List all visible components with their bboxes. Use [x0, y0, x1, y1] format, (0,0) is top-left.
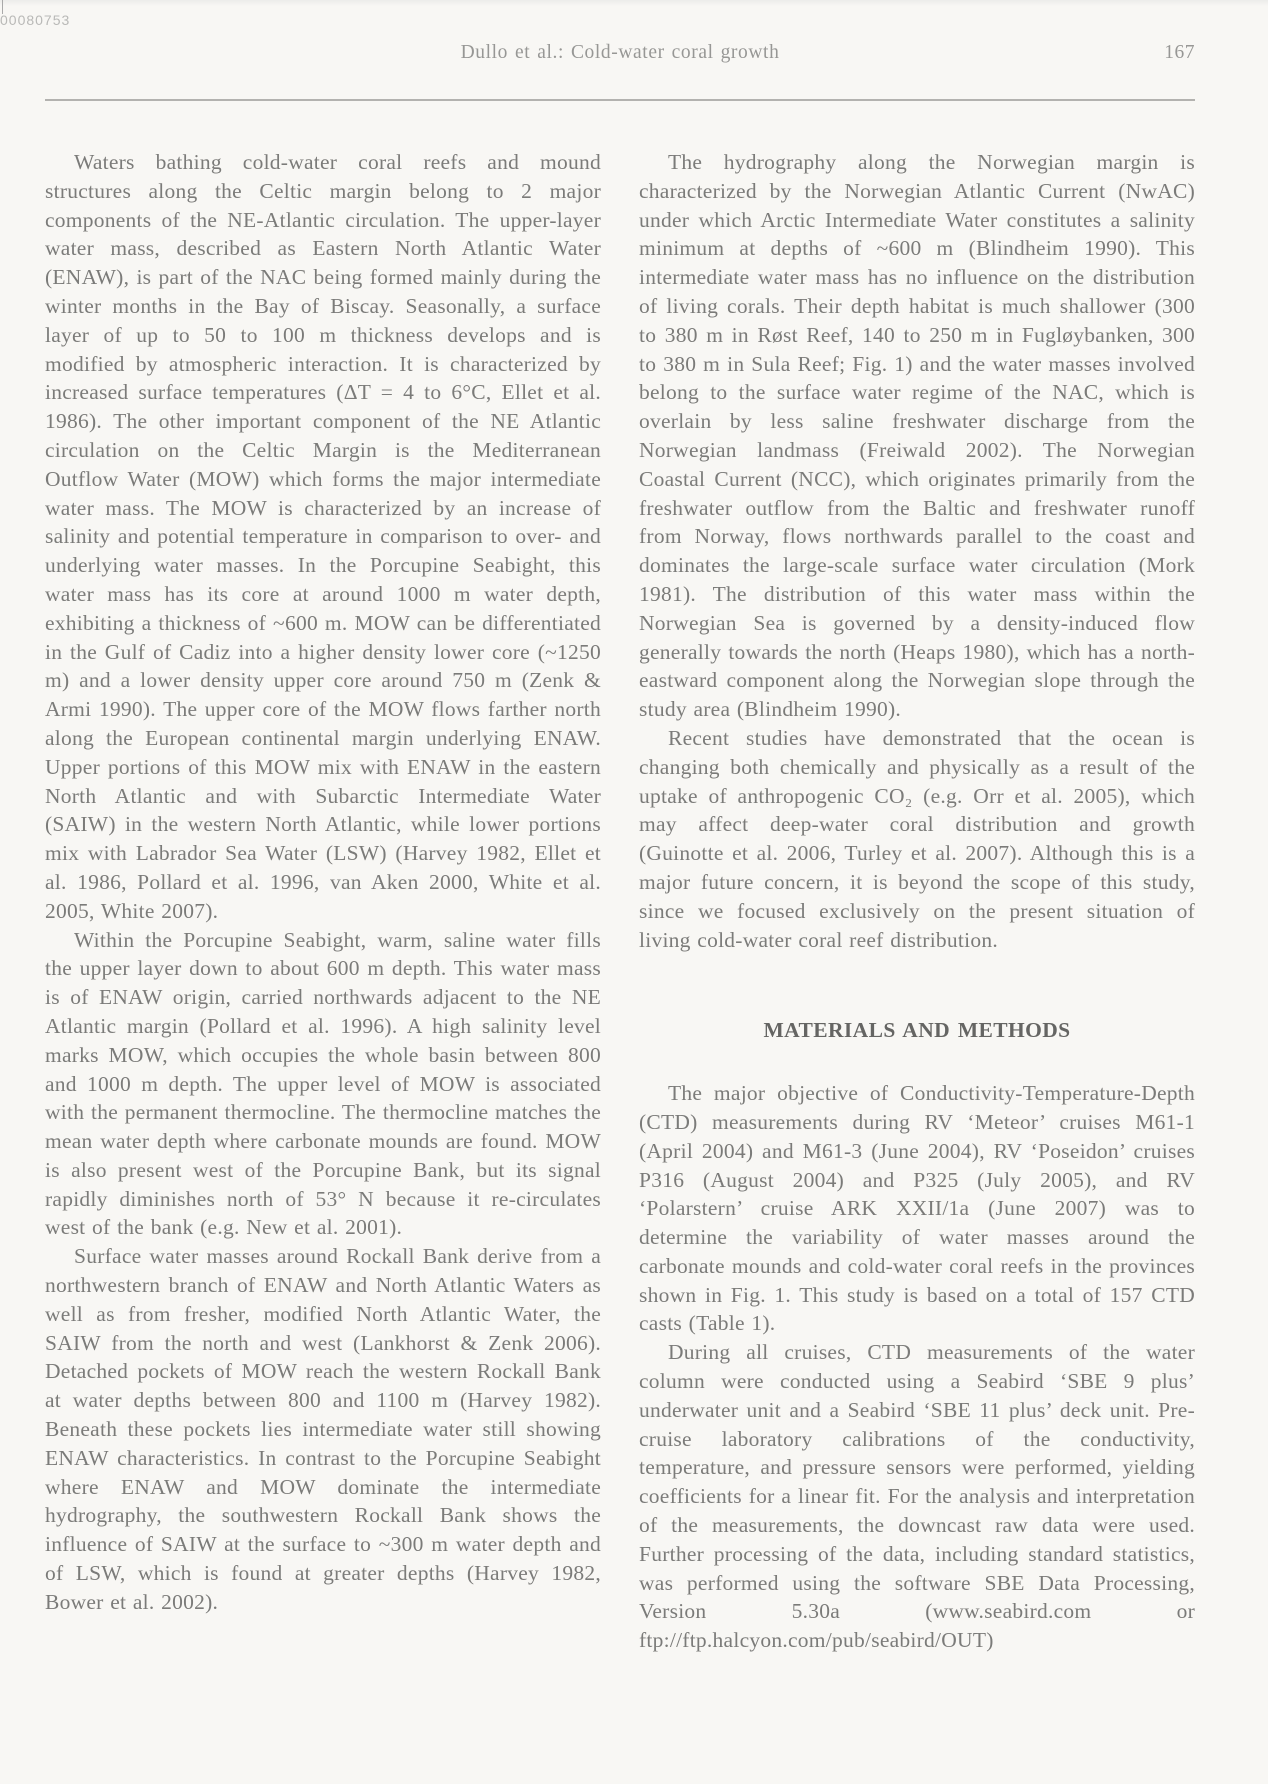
page-number: 167: [1164, 42, 1195, 64]
section-heading: MATERIALS AND METHODS: [639, 1016, 1195, 1045]
scan-edge-shading: [0, 0, 1268, 6]
body-paragraph: The hydrography along the Norwegian marg…: [639, 148, 1195, 724]
scan-serial: 00080753: [0, 12, 70, 28]
body-paragraph: Within the Porcupine Seabight, warm, sal…: [45, 926, 601, 1243]
two-column-body: Waters bathing cold-water coral reefs an…: [45, 148, 1195, 1655]
running-title: Dullo et al.: Cold-water coral growth: [45, 42, 1195, 64]
scanned-paper-page: { "page": { "scan_serial": "00080753", "…: [0, 0, 1268, 1784]
body-paragraph: Waters bathing cold-water coral reefs an…: [45, 148, 601, 926]
body-paragraph: The major objective of Conductivity-Temp…: [639, 1079, 1195, 1338]
body-paragraph: Surface water masses around Rockall Bank…: [45, 1242, 601, 1616]
body-paragraph: Recent studies have demonstrated that th…: [639, 724, 1195, 954]
right-column: The hydrography along the Norwegian marg…: [639, 148, 1195, 1655]
header-rule: [45, 99, 1195, 101]
left-column: Waters bathing cold-water coral reefs an…: [45, 148, 601, 1655]
body-paragraph: During all cruises, CTD measurements of …: [639, 1338, 1195, 1655]
